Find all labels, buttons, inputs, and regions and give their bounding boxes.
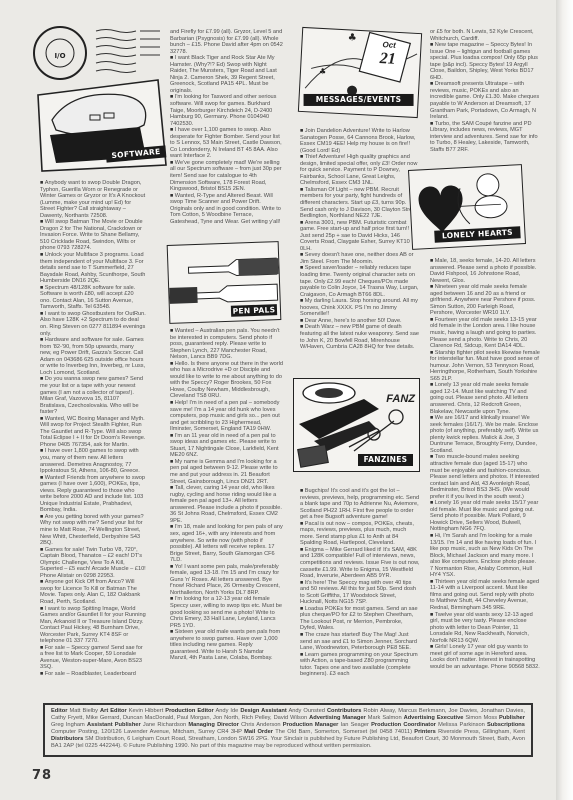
- credit-role: Advertising Manager: [309, 715, 366, 721]
- classified-ad: Nineteen year old male seeks female aged…: [430, 284, 540, 317]
- credit-name: Ian Seager: [341, 722, 369, 728]
- classified-ad: Starship fighter pilot seeks likewise fe…: [430, 350, 540, 383]
- classified-ad: Will swop Batman The Movie or Double Dra…: [40, 219, 146, 252]
- classified-ad: Wanted – Australian pen pals. You needn'…: [170, 328, 283, 361]
- credit-name: Greg Ingham: [51, 722, 85, 728]
- classified-ad: I want to swop Spitting Image, World Gam…: [40, 606, 146, 645]
- fanzines-label: FANZINES: [358, 454, 413, 466]
- messages-events-column: Join Dandelion Adventure! Write to Harlo…: [300, 128, 420, 351]
- credit-name: Andy Ide: [215, 708, 238, 714]
- page-number: 78: [32, 768, 52, 783]
- classified-ad: I have over 1,800 games to swop with you…: [40, 448, 146, 474]
- credit-role: Subscriptions: [487, 722, 525, 728]
- credit-role: Contributors: [327, 708, 361, 714]
- classified-ad: Unlock your Multiface 3 programs. Load t…: [40, 252, 146, 285]
- classified-ad: and Firefly for £7.99 (all). Gryzor, Lev…: [170, 29, 283, 55]
- classified-ad: Turbo, the SAM Coupé fanzine and PD Libr…: [430, 121, 540, 154]
- classified-ad: Join Dandelion Adventure! Write to Harlo…: [300, 128, 420, 154]
- svg-text:I/O: I/O: [54, 52, 65, 60]
- classified-ad: New tape magazine – Speccy Bytes! In Iss…: [430, 42, 540, 81]
- classified-ad: Do you wanna swop new games? Send me you…: [40, 376, 146, 415]
- classified-ad: Spectrum 48/128K software for sale. Soft…: [40, 285, 146, 311]
- messages-events-label: MESSAGES/EVENTS: [304, 94, 414, 106]
- pen-pals-column: Wanted – Australian pen pals. You needn'…: [170, 328, 283, 662]
- classified-ad: For sale – Speccy games! Send sae for a …: [40, 645, 146, 671]
- classified-ad: Yo! I want some pen pals, male/preferabl…: [170, 564, 283, 597]
- classified-ad: Sixteen year old male wants pen pals fro…: [170, 629, 283, 662]
- credit-role: Art Editor: [100, 708, 127, 714]
- classified-ad: Bugchips! It's cool and it's got the lot…: [300, 488, 420, 521]
- classified-ad: My name is Gemma and I'm looking for a p…: [170, 459, 283, 485]
- classified-ad: Dreamsoft presents Ultratape – with revi…: [430, 81, 540, 120]
- credit-name: Simon Moss: [465, 715, 497, 721]
- classified-ad: Talisman Of Light – new PBM. Recruit mem…: [300, 187, 420, 220]
- classified-ad: I'm looking for Tasword and other seriou…: [170, 94, 283, 127]
- credit-role: Printers: [414, 729, 436, 735]
- classified-ad: Thirteen year old male seeks female aged…: [430, 579, 540, 612]
- classified-ad: I want to swop Ghostbusters for OutRun. …: [40, 311, 146, 337]
- classified-ad: Thief Adventure! High quality graphics a…: [300, 154, 420, 187]
- classified-ad: Girls! Lonely 17 year old guy wants to m…: [430, 644, 540, 670]
- classified-ad: The craze has started! Buy The Mag! Just…: [300, 632, 420, 652]
- classified-ad: or £5 for both. N Lewis, 52 Kyle Crescen…: [430, 29, 540, 42]
- pen-pals-label: PEN PALS: [231, 304, 277, 317]
- classified-ad: I'm an 11 year old in need of a pen pal …: [170, 433, 283, 459]
- credit-name: Matt Bielby: [69, 708, 98, 714]
- svg-text:♣: ♣: [319, 67, 327, 76]
- lonely-hearts-illustration: LONELY HEARTS: [408, 164, 526, 250]
- classified-ad: Enigma – Mike Gerrard liked it! It's SAM…: [300, 547, 420, 580]
- credit-role: Managing Director: [188, 722, 239, 728]
- software-ads-column: Anybody want to swop Double Dragon, Typh…: [40, 180, 146, 678]
- classified-ad: Wanted, WC Boxing Manager and Myth. Will…: [40, 416, 146, 449]
- classified-ad: Hello. Is there anyone out there in the …: [170, 361, 283, 400]
- classified-ad: Anybody want to swop Double Dragon, Typh…: [40, 180, 146, 219]
- classified-ad: Twelve year old wants sexy 12-13 aged gi…: [430, 612, 540, 645]
- classified-ad: I'm looking for a 12-13 year old female …: [170, 596, 283, 629]
- classified-ad: Games for sale! Twin Turbo V8, 720°, Cap…: [40, 547, 146, 580]
- classified-ad: My darling Laura. Stop horsing around. A…: [300, 298, 420, 318]
- classified-ad: Fourteen year old male seeks 13-15 year …: [430, 317, 540, 350]
- fanzine-sign: FANZ: [386, 393, 415, 405]
- page-gutter: [556, 0, 573, 800]
- classified-ad: Loadsa POKEs for most games. Send an sae…: [300, 606, 420, 632]
- classified-ad: For sale – Roadblaster, Leaderboard: [40, 671, 146, 678]
- classified-ad: Wanted, R-Type and Altered Beast. Will s…: [170, 193, 283, 226]
- classified-ad: Help! I'm in need of a pen pal – somebod…: [170, 400, 283, 433]
- credit-name: Chris Anderson: [241, 722, 280, 728]
- classified-ad: Two muscle-bound males seeking attractiv…: [430, 454, 540, 500]
- classified-ad: Anyone got Kick Off from Anco? Will swop…: [40, 579, 146, 605]
- fanzines-illustration: FANZ FANZINES: [293, 378, 420, 472]
- fanzines-column: Bugchips! It's cool and it's got the lot…: [300, 488, 420, 678]
- classified-ad: Pacal is out now – compos, POKEs, cheats…: [300, 521, 420, 547]
- classified-ad: Hi, I'm Sarah and I'm looking for a male…: [430, 533, 540, 579]
- magazine-page: I/O SOFTWARE Anybody want to swop Double…: [0, 0, 556, 800]
- credit-name: Computer Posting, 120/126 Lavender Avenu…: [51, 729, 242, 735]
- credit-name: Kevin Hibbert: [129, 708, 164, 714]
- pen-pals-illustration: PEN PALS: [167, 241, 282, 324]
- classified-ad: It's here! The Speccy mag with over 40 t…: [300, 580, 420, 606]
- software-illustration: I/O SOFTWARE: [30, 25, 170, 175]
- credit-name: Jane Richardson: [143, 722, 186, 728]
- credit-role: Publisher: [499, 715, 525, 721]
- credit-role: Design Assistant: [240, 708, 286, 714]
- software-ads-column-2: and Firefly for £7.99 (all). Gryzor, Lev…: [170, 29, 283, 225]
- lonely-hearts-column: Male, 18, seeks female, 14-20. All lette…: [430, 258, 540, 670]
- calendar-month: Oct: [382, 40, 396, 50]
- classified-ad: We've gone completely mad! We're selling…: [170, 160, 283, 193]
- classified-ad: I want Black Tiger and Rock Star Ate My …: [170, 55, 283, 94]
- credit-role: Advertising Executive: [404, 715, 464, 721]
- classified-ad: Death Warz – new PBM game of death featu…: [300, 324, 420, 350]
- credit-name: SM Distribution, 6 Leigham Court Road, S…: [85, 736, 269, 742]
- calendar-day: 21: [379, 50, 396, 69]
- credit-role: Mail Order: [244, 729, 273, 735]
- credit-role: Editor: [51, 708, 67, 714]
- classified-ad: Wanted! Friends from anywhere to swop ga…: [40, 475, 146, 514]
- classified-ad: Sevey doesn't have one, neither does AB …: [300, 252, 420, 265]
- credit-name: Riverside Press, Gillingham, Kent: [438, 729, 525, 735]
- classified-ad: Speed saver/loader – reliably reduces ta…: [300, 265, 420, 298]
- classified-ad: I'm 18, male and looking for pen pals of…: [170, 524, 283, 563]
- credit-role: Production Editor: [165, 708, 213, 714]
- classified-ad: We are 16/17 and klinkally insane! We se…: [430, 415, 540, 454]
- staff-credits-box: Editor Matt Bielby Art Editor Kevin Hibb…: [43, 703, 533, 757]
- classified-ad: Tall, clever, caring 14 year old, who li…: [170, 485, 283, 524]
- classified-ad: I have over 1,100 games to swop. Also de…: [170, 127, 283, 160]
- credit-role: Production Manager: [283, 722, 339, 728]
- credit-name: Mark Salmon: [368, 715, 402, 721]
- svg-text:♣: ♣: [348, 32, 358, 43]
- classified-ad: Learn games programming on your Spectrum…: [300, 652, 420, 678]
- credit-name: Melissa Parkinson: [438, 722, 485, 728]
- classified-ad: Lonely 16 year old male seeks 15/17 year…: [430, 500, 540, 533]
- messages-events-illustration: ♣ ♣ Oct 21 MESSAGES/EVENTS: [298, 27, 422, 118]
- classified-ad: Male, 18, seeks female, 14-20. All lette…: [430, 258, 540, 284]
- classified-ad: Arena 3001, new PBM. Futuristic combat g…: [300, 220, 420, 253]
- credit-name: Andy Ounsted: [288, 708, 324, 714]
- credit-role: Assistant Publisher: [87, 722, 141, 728]
- classified-ad: Hardware and software for sale. Games fr…: [40, 337, 146, 376]
- fanzines-column-2: or £5 for both. N Lewis, 52 Kyle Crescen…: [430, 29, 540, 153]
- credit-name: The Old Barn, Somerton, Somerset (tel 04…: [275, 729, 412, 735]
- classified-ad: Lonely 13 year old male seeks female age…: [430, 382, 540, 415]
- credit-role: Distributors: [51, 736, 83, 742]
- classified-ad: Are you getting bored with your games? W…: [40, 514, 146, 547]
- credit-role: Production Coordinator: [371, 722, 436, 728]
